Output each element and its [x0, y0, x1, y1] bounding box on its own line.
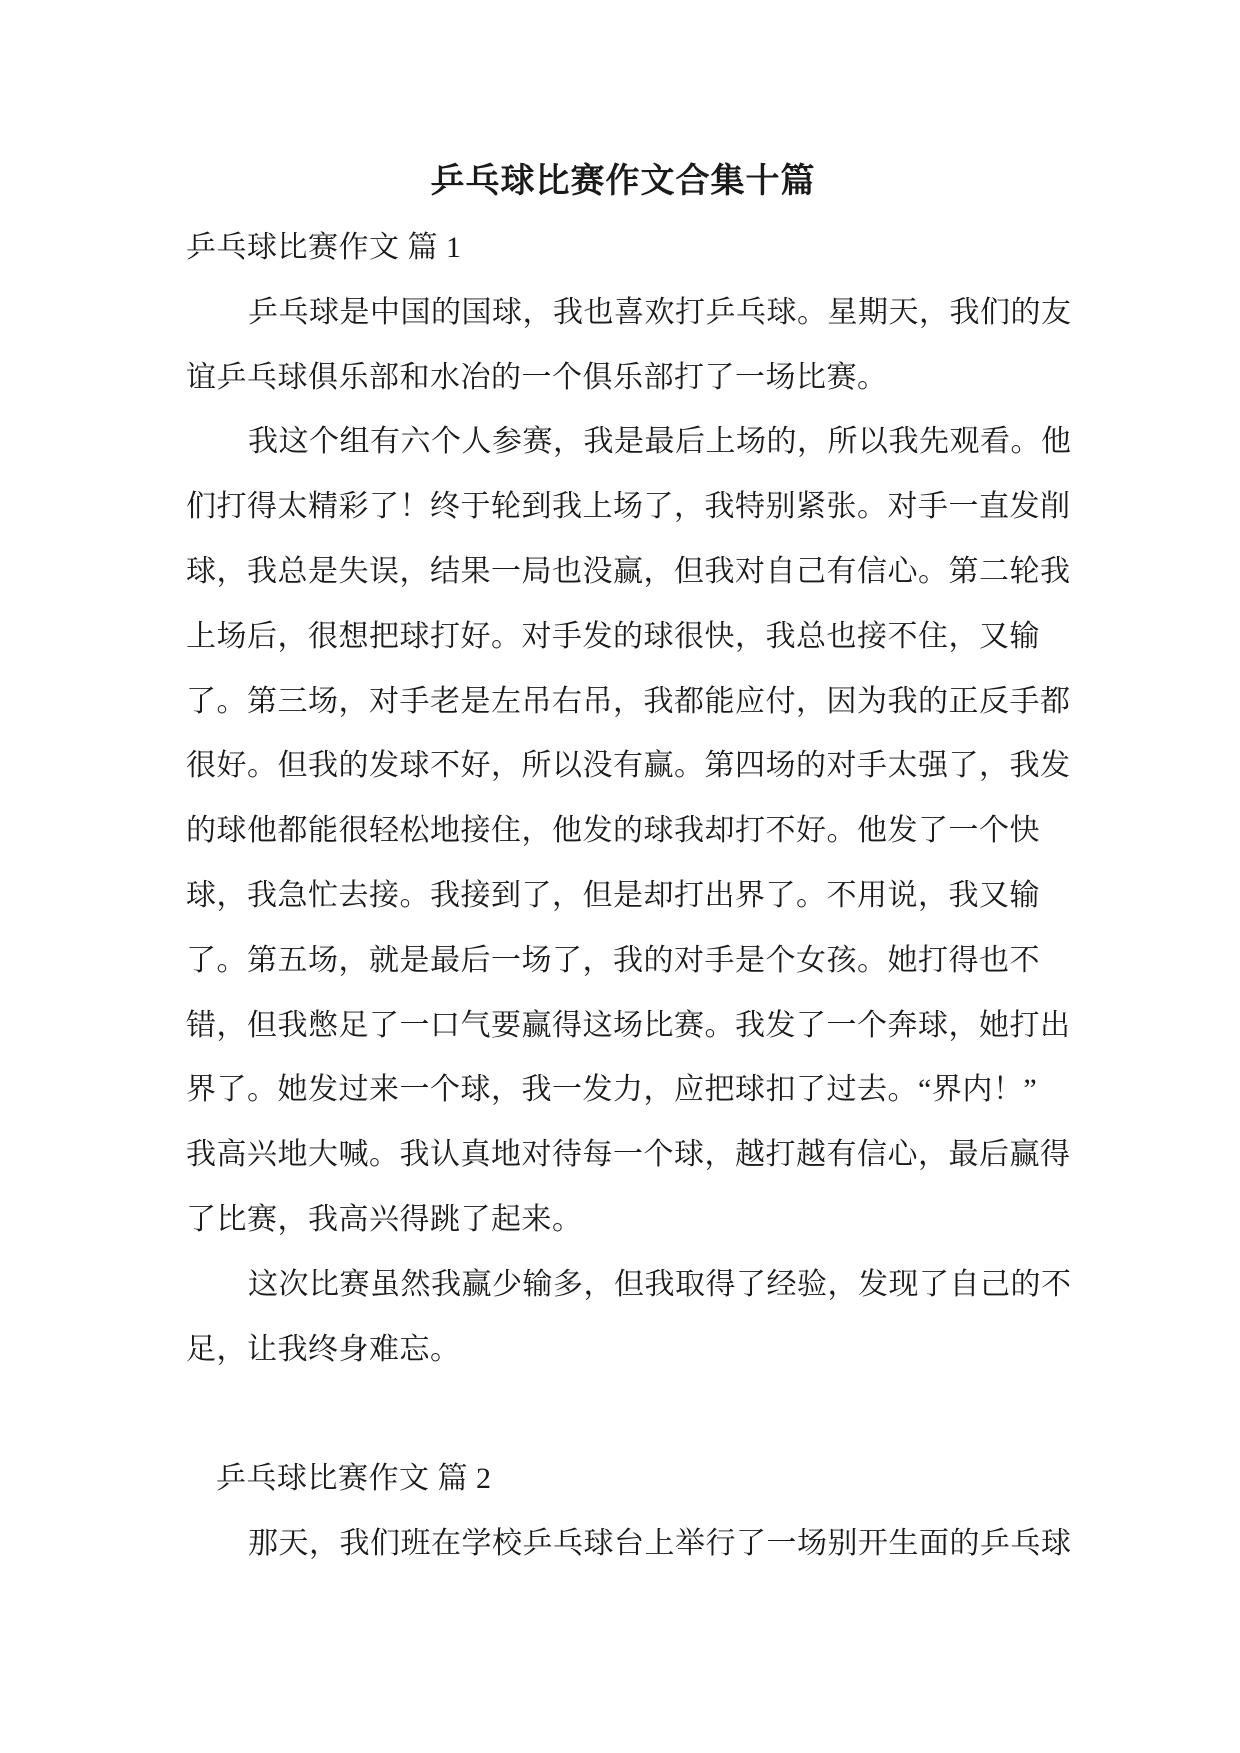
- essay-text-line: 的球他都能很轻松地接住，他发的球我却打不好。他发了一个快: [186, 799, 1060, 864]
- blank-line: [186, 1382, 1060, 1447]
- essay-text-line: 足，让我终身难忘。: [186, 1318, 1060, 1383]
- essay-text-line: 谊乒乓球俱乐部和水冶的一个俱乐部打了一场比赛。: [186, 346, 1060, 411]
- document-title: 乒乓球比赛作文合集十篇: [186, 148, 1060, 216]
- document-page: 乒乓球比赛作文合集十篇 乒乓球比赛作文 篇 1乒乓球是中国的国球，我也喜欢打乒乓…: [0, 0, 1240, 1753]
- essay-section-heading: 乒乓球比赛作文 篇 2: [186, 1447, 1060, 1512]
- essay-text-line: 乒乓球是中国的国球，我也喜欢打乒乓球。星期天，我们的友: [186, 281, 1060, 346]
- essay-text-line: 了比赛，我高兴得跳了起来。: [186, 1188, 1060, 1253]
- essay-section-heading: 乒乓球比赛作文 篇 1: [186, 216, 1060, 281]
- essay-text-line: 们打得太精彩了！终于轮到我上场了，我特别紧张。对手一直发削: [186, 475, 1060, 540]
- essay-text-line: 了。第三场，对手老是左吊右吊，我都能应付，因为我的正反手都: [186, 670, 1060, 735]
- document-body: 乒乓球比赛作文 篇 1乒乓球是中国的国球，我也喜欢打乒乓球。星期天，我们的友谊乒…: [186, 216, 1060, 1577]
- essay-text-line: 球，我急忙去接。我接到了，但是却打出界了。不用说，我又输: [186, 864, 1060, 929]
- essay-text-line: 上场后，很想把球打好。对手发的球很快，我总也接不住，又输: [186, 605, 1060, 670]
- essay-text-line: 很好。但我的发球不好，所以没有赢。第四场的对手太强了，我发: [186, 734, 1060, 799]
- essay-text-line: 这次比赛虽然我赢少输多，但我取得了经验，发现了自己的不: [186, 1253, 1060, 1318]
- essay-text-line: 球，我总是失误，结果一局也没赢，但我对自己有信心。第二轮我: [186, 540, 1060, 605]
- essay-text-line: 错，但我憋足了一口气要赢得这场比赛。我发了一个奔球，她打出: [186, 994, 1060, 1059]
- essay-text-line: 我高兴地大喊。我认真地对待每一个球，越打越有信心，最后赢得: [186, 1123, 1060, 1188]
- essay-text-line: 界了。她发过来一个球，我一发力，应把球扣了过去。“界内！”: [186, 1058, 1060, 1123]
- essay-text-line: 了。第五场，就是最后一场了，我的对手是个女孩。她打得也不: [186, 929, 1060, 994]
- essay-text-line: 那天，我们班在学校乒乓球台上举行了一场别开生面的乒乓球: [186, 1512, 1060, 1577]
- essay-text-line: 我这个组有六个人参赛，我是最后上场的，所以我先观看。他: [186, 410, 1060, 475]
